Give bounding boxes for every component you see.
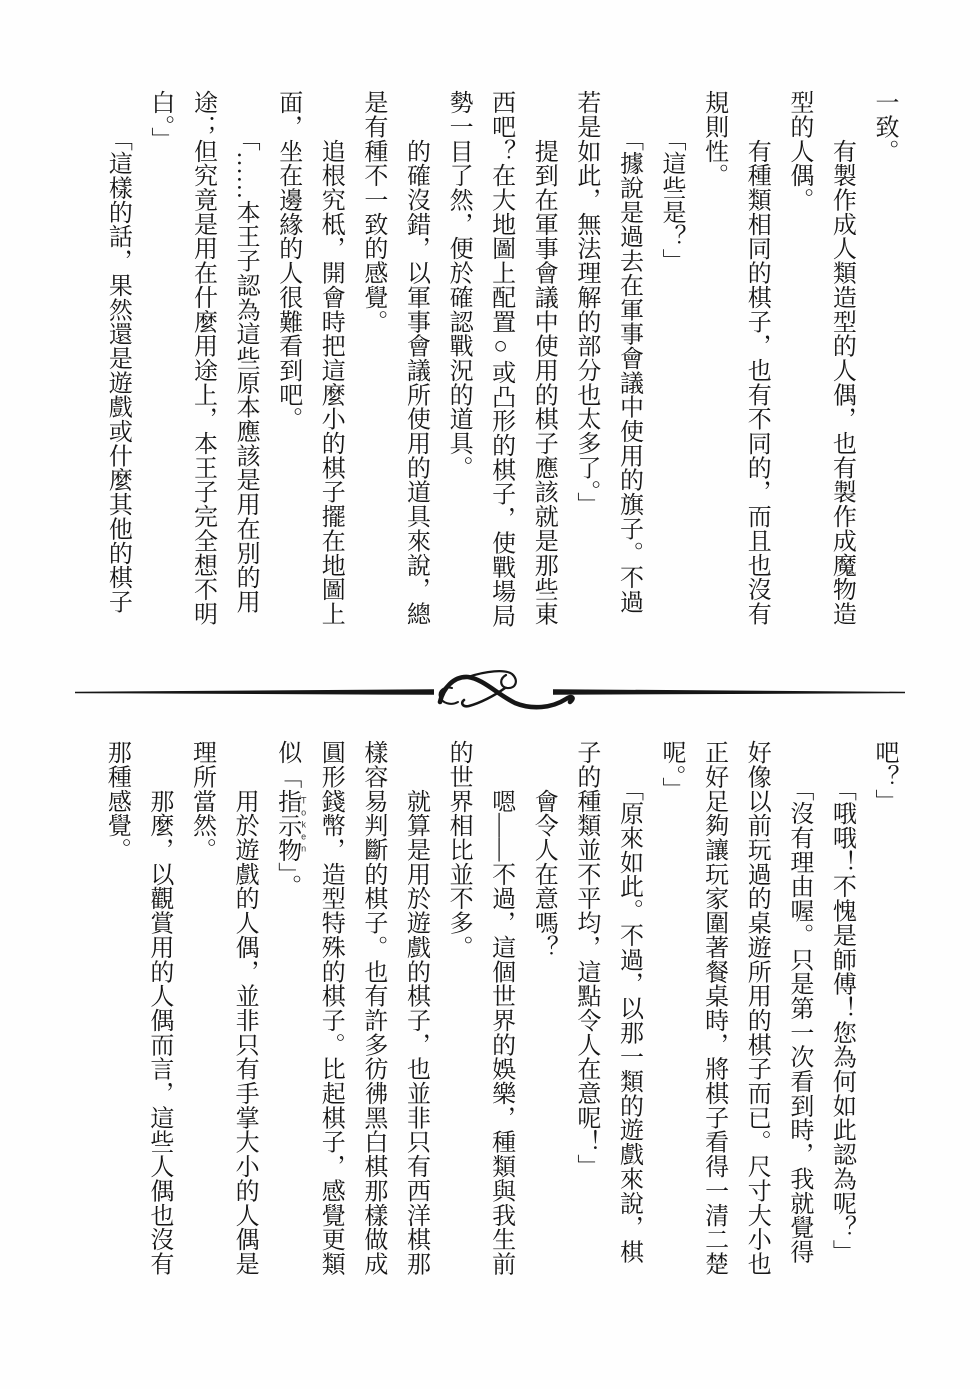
text-column: 那種感覺。 — [95, 740, 138, 1279]
page-bottom-text-block: 吧？」 「哦哦！不愧是師傅！您為何如此認為呢？」 「沒有理由喔。只是第一次看到時… — [95, 740, 905, 1279]
section-divider — [70, 650, 910, 730]
text-column: 是有種不一致的感覺。 — [351, 90, 394, 629]
ruby-annotated-word: 指示物Token — [274, 789, 300, 862]
text-column: 白。」 — [138, 90, 181, 629]
text-column: 若是如此，無法理解的部分也太多了。」 — [564, 90, 607, 629]
text-column: 「這些是？」 — [649, 90, 692, 629]
book-page: 一致。 有製作成人類造型的人偶，也有製作成魔物造型的人偶。 有種類相同的棋子，也… — [0, 0, 980, 1389]
text-column: 理所當然。 — [180, 740, 223, 1279]
text-column: 有製作成人類造型的人偶，也有製作成魔物造 — [820, 90, 863, 629]
ruby-text: Token — [299, 789, 309, 862]
text-column: 面，坐在邊緣的人很難看到吧。 — [266, 90, 309, 629]
text-column: 追根究柢，開會時把這麼小的棋子擺在地圖上 — [309, 90, 352, 629]
text-column: 正好足夠讓玩家圍著餐桌時，將棋子看得一清二楚 — [692, 740, 735, 1279]
text-column: 好像以前玩過的桌遊所用的棋子而已。尺寸大小也 — [735, 740, 778, 1279]
text-column: 圓形錢幣，造型特殊的棋子。比起棋子，感覺更類 — [309, 740, 352, 1279]
text-column: 一致。 — [862, 90, 905, 629]
calligraphic-flourish-icon — [70, 650, 910, 730]
text-column: 規則性。 — [692, 90, 735, 629]
text-column: 吧？」 — [862, 740, 905, 1279]
text-column: 西吧？在大地圖上配置○或凸形的棋子，使戰場局 — [479, 90, 522, 629]
text-column: 嗯——不過，這個世界的娛樂，種類與我生前 — [479, 740, 522, 1279]
text-column: 那麼，以觀賞用的人偶而言，這些人偶也沒有 — [137, 740, 180, 1279]
text-column: 提到在軍事會議中使用的棋子應該就是那些東 — [522, 90, 565, 629]
text-column: 子的種類並不平均，這點令人在意呢！」 — [564, 740, 607, 1279]
text-column: 「……本王子認為這些原本應該是用在別的用 — [224, 90, 267, 629]
page-top-text-block: 一致。 有製作成人類造型的人偶，也有製作成魔物造型的人偶。 有種類相同的棋子，也… — [96, 90, 905, 629]
text-column: 途；但究竟是用在什麼用途上，本王子完全想不明 — [181, 90, 224, 629]
text-column: 用於遊戲的人偶，並非只有手掌大小的人偶是 — [223, 740, 266, 1279]
text-column: 勢一目了然，便於確認戰況的道具。 — [436, 90, 479, 629]
text-column: 「原來如此。不過，以那一類的遊戲來說，棋 — [607, 740, 650, 1279]
text-column: 「據說是過去在軍事會議中使用的旗子。不過 — [607, 90, 650, 629]
text-column: 會令人在意嗎？ — [522, 740, 565, 1279]
text-column: 的世界相比並不多。 — [436, 740, 479, 1279]
text-column: 就算是用於遊戲的棋子，也並非只有西洋棋那 — [394, 740, 437, 1279]
text-column: 有種類相同的棋子，也有不同的，而且也沒有 — [735, 90, 778, 629]
text-column: 似「指示物Token」。 — [265, 740, 309, 1279]
text-column: 「沒有理由喔。只是第一次看到時，我就覺得 — [777, 740, 820, 1279]
text-column: 樣容易判斷的棋子。也有許多彷彿黑白棋那樣做成 — [351, 740, 394, 1279]
text-column: 「哦哦！不愧是師傅！您為何如此認為呢？」 — [820, 740, 863, 1279]
text-column: 「這樣的話，果然還是遊戲或什麼其他的棋子 — [96, 90, 139, 629]
text-column: 呢。」 — [649, 740, 692, 1279]
text-column: 型的人偶。 — [777, 90, 820, 629]
text-column: 的確沒錯，以軍事會議所使用的道具來說，總 — [394, 90, 437, 629]
